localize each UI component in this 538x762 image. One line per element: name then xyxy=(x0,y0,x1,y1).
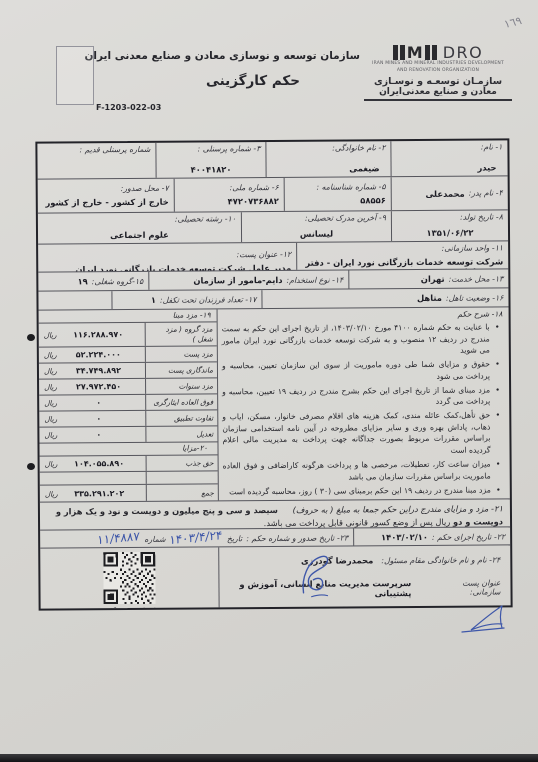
wage-row: مزد سنوات ۲۷.۹۷۲.۴۵۰ریال xyxy=(39,378,217,395)
field-value: متاهل xyxy=(417,293,442,303)
form-code: F-1203-022-03 xyxy=(96,103,161,112)
decree-bullet: •مزد مبنا مندرج در ردیف ۱۹ این حکم برمبن… xyxy=(223,484,504,498)
decree-bullet-text: میزان ساعت کار، تعطیلات، مرخصی ها و پردا… xyxy=(223,459,491,484)
hole-punch xyxy=(27,463,35,470)
amount-in-words-suffix: ریال پس از وضع کسور قانونی قابل پرداخت م… xyxy=(264,517,451,528)
wage-amount: ۰ xyxy=(57,414,140,424)
field-value: ۴۷۲۰۷۳۶۸۸۲ xyxy=(228,196,279,206)
field-children-count: ۱۷- تعداد فرزندان تحت تکفل: ۱ xyxy=(111,290,261,309)
wage-label: مزد سنوات xyxy=(145,378,217,394)
field-label: ۱۲- عنوان پست: xyxy=(237,250,292,259)
signatory-post-label: عنوان پست سازمانی: xyxy=(439,578,500,596)
wage-label: مزد گروه ( مزد شغل ) xyxy=(145,322,217,346)
field-execution-date: ۲۲- تاریخ اجرای حکم : ۱۴۰۳/۰۲/۱۰ xyxy=(353,527,510,546)
decree-description: ۱۸- شرح حکم •با عنایت به حکم شماره ۴۱۰۰ … xyxy=(217,307,510,502)
field-label: ۳- شماره پرسنلی : xyxy=(161,144,260,154)
field-label: ۱۳- محل خدمت: xyxy=(449,274,504,283)
decree-form-table: ۱- نام: حیدر ۲- نام خانوادگی: ضیغمی ۳- ش… xyxy=(35,138,512,610)
currency-label: ریال xyxy=(44,351,57,360)
issue-date-word: تاریخ xyxy=(227,534,243,543)
qr-code xyxy=(103,552,155,604)
decree-bullet: •حقوق و مزایای شما طی دوره ماموریت از سو… xyxy=(222,359,503,384)
organization-title: سازمان توسعه و نوسازی معادن و صنایع معدن… xyxy=(146,50,360,62)
field-job-group: ۱۵-گروه شغلی: ۱۹ xyxy=(38,272,148,291)
scanned-personnel-decree: ١٦٩ MDRO IRAN MINES AND MINERAL INDUSTRI… xyxy=(0,0,538,762)
handwritten-page-number: ١٦٩ xyxy=(503,14,523,31)
table-row: ۸- تاریخ تولد: ۱۳۵۱/۰۶/۲۲ ۹- آخرین مدرک … xyxy=(38,210,508,244)
bullet-dot-icon: • xyxy=(493,484,504,496)
signature-row: ۲۴- نام و نام خانوادگی مقام مسئول: محمدر… xyxy=(40,545,510,608)
field-value: ۱ xyxy=(151,295,156,305)
imidro-logo: MDRO IRAN MINES AND MINERAL INDUSTRIES D… xyxy=(364,42,512,101)
field-label: ۱- نام: xyxy=(396,142,502,152)
wage-row: ماندگاری پست ۳۴.۷۴۹.۸۹۲ریال xyxy=(39,362,217,379)
field-label: ۱۵-گروه شغلی: xyxy=(92,276,144,285)
decree-bullet: •با عنایت به حکم شماره ۴۱۰۰ مورخ ۱۴۰۳/۰۲… xyxy=(222,321,503,358)
wage-amount: ۱۰۴.۰۵۵.۸۹۰ xyxy=(57,459,140,469)
document-titles: سازمان توسعه و نوسازی معادن و صنایع معدن… xyxy=(146,50,360,89)
wage-amount: ۱۱۶.۲۸۸.۹۷۰ xyxy=(57,330,140,340)
field-label: شماره پرسنلی قدیم : xyxy=(42,145,150,155)
field-label: ۷- محل صدور: xyxy=(121,184,169,193)
currency-label: ریال xyxy=(44,399,57,408)
table-row: ۱- نام: حیدر ۲- نام خانوادگی: ضیغمی ۳- ش… xyxy=(37,140,507,179)
base-wage-heading: ۱۹- مزد مبنا xyxy=(39,309,217,323)
logo-bar-icon xyxy=(393,45,398,60)
wage-total-label: جمع xyxy=(146,484,218,502)
field-value: دایم-مامور از سازمان xyxy=(193,275,282,286)
bullet-dot-icon: • xyxy=(492,359,503,382)
wage-amount: ۳۴.۷۴۹.۸۹۲ xyxy=(57,366,140,376)
table-row: ۱۸- شرح حکم •با عنایت به حکم شماره ۴۱۰۰ … xyxy=(39,307,510,502)
logo-letters-dro: DRO xyxy=(443,45,484,60)
field-employment-type: ۱۴- نوع استخدام: دایم-مامور از سازمان xyxy=(148,270,348,289)
signature-scribble xyxy=(291,549,337,601)
field-degree: ۹- آخرین مدرک تحصیلی: لیسانس xyxy=(241,211,391,242)
amount-in-words-row: ۲۱- مزد و مزایای مندرج دراین حکم جمعا به… xyxy=(40,499,510,530)
signatory-name-label: ۲۴- نام و نام خانوادگی مقام مسئول: xyxy=(381,555,500,565)
field-label: ۱۶- وضعیت تاهل: xyxy=(446,293,504,302)
currency-label: ریال xyxy=(44,431,57,440)
handwritten-issue-number: ۱۱/۴۸۸۷ xyxy=(97,529,140,547)
field-value: ۱۳۵۱/۰۶/۲۲ xyxy=(397,227,503,239)
wage-total-row: جمع ۳۳۵.۲۹۱.۲۰۲ریال xyxy=(40,484,218,502)
field-label: ۹- آخرین مدرک تحصیلی: xyxy=(247,213,386,223)
field-value: تهران xyxy=(421,274,445,284)
field-label: ۴- نام پدر: xyxy=(469,188,503,197)
archive-copy-block: [ ه ] نسخه بایگانی xyxy=(40,547,218,608)
field-value: ضیغمی xyxy=(272,163,386,175)
wage-amount: ۰ xyxy=(57,398,140,408)
base-wage-table: ۱۹- مزد مبنا مزد گروه ( مزد شغل ) ۱۱۶.۲۸… xyxy=(39,309,218,502)
wage-total-amount: ۳۳۵.۲۹۱.۲۰۲ xyxy=(58,489,141,499)
decree-bullet-text: مزد مبنای شما از تاریخ اجرای این حکم بشر… xyxy=(222,384,490,409)
field-value: خارج از کشور - خارج از کشور xyxy=(45,197,168,208)
photo-box xyxy=(56,46,94,105)
signatory-block: ۲۴- نام و نام خانوادگی مقام مسئول: محمدر… xyxy=(218,545,510,608)
logo-letter-m: M xyxy=(407,45,423,60)
wage-amount: ۰ xyxy=(57,430,140,440)
logo-english-line: AND RENOVATION ORGANIZATION xyxy=(364,68,512,74)
wage-label: مزد پست xyxy=(145,346,217,362)
logo-bar-icon xyxy=(432,45,437,60)
decree-bullet-text: با عنایت به حکم شماره ۴۱۰۰ مورخ ۱۴۰۳/۰۲/… xyxy=(222,321,490,358)
logo-english-line: IRAN MINES AND MINERAL INDUSTRIES DEVELO… xyxy=(364,61,512,67)
wage-label: تعدیل xyxy=(145,426,217,442)
logo-bar-icon xyxy=(400,45,405,60)
currency-label: ریال xyxy=(44,383,57,392)
hole-punch xyxy=(27,334,35,341)
wage-row: مزد گروه ( مزد شغل ) ۱۱۶.۲۸۸.۹۷۰ریال xyxy=(39,322,217,347)
wage-amount: ۵۲.۲۲۴.۰۰۰ xyxy=(57,350,140,360)
field-label: ۱۴- نوع استخدام: xyxy=(286,275,343,284)
amount-in-words-label: ۲۱- مزد و مزایای مندرج دراین حکم جمعا به… xyxy=(293,503,503,514)
decree-bullet: •مزد مبنای شما از تاریخ اجرای این حکم بش… xyxy=(222,384,503,409)
benefits-heading: ۲۰-مزایا xyxy=(39,442,217,456)
currency-label: ریال xyxy=(45,490,58,499)
decree-bullet: •میزان ساعت کار، تعطیلات، مرخصی ها و پرد… xyxy=(223,458,504,483)
imidro-wordmark: MDRO xyxy=(364,42,512,60)
wage-label: تفاوت تطبیق xyxy=(145,410,217,426)
logo-persian-line: معادن و صنایع معدنی‌ایران xyxy=(364,87,512,97)
bullet-dot-icon: • xyxy=(493,458,504,481)
wage-row: فوق العاده ایثارگری ۰ریال xyxy=(39,394,217,411)
field-surname: ۲- نام خانوادگی: ضیغمی xyxy=(265,141,390,177)
empty-cell xyxy=(38,291,111,310)
field-major: ۱۰- رشته تحصیلی: علوم اجتماعی xyxy=(38,212,241,243)
wage-row: مزد پست ۵۲.۲۲۴.۰۰۰ریال xyxy=(39,346,217,363)
archive-copy-label: [ ه ] نسخه بایگانی xyxy=(103,607,156,609)
currency-label: ریال xyxy=(44,367,57,376)
bullet-dot-icon: • xyxy=(492,384,503,407)
field-service-place: ۱۳- محل خدمت: تهران xyxy=(348,269,508,288)
field-value: لیسانس xyxy=(247,228,386,240)
currency-label: ریال xyxy=(45,460,58,469)
field-value: ۵۸۵۵۶ xyxy=(360,195,386,205)
field-label: ۸- تاریخ تولد: xyxy=(397,212,503,222)
wage-row-empty xyxy=(40,471,218,485)
wage-row: حق جذب ۱۰۴.۰۵۵.۸۹۰ریال xyxy=(40,455,218,472)
field-post-title: ۱۲- عنوان پست: مدیر عامل شرکت توسعه خدما… xyxy=(38,243,296,273)
field-label: ۲۳- تاریخ صدور و شماره حکم : xyxy=(246,533,348,543)
logo-persian-line: سازمـان توسعـه و نوسـازی xyxy=(364,76,512,87)
field-label: ۶- شماره ملی: xyxy=(230,183,279,192)
decree-bullet-text: مزد مبنا مندرج در ردیف ۱۹ این حکم برمبنا… xyxy=(223,484,491,498)
field-father-name: ۴- نام پدر: محمدعلی xyxy=(391,176,508,210)
field-value: ۴۰۰۴۱۸۲۰ xyxy=(162,164,261,176)
field-value: ۱۹ xyxy=(78,276,88,286)
currency-label: ریال xyxy=(44,331,57,340)
field-issue-place: ۷- محل صدور: خارج از کشور - خارج از کشور xyxy=(38,179,174,213)
currency-label: ریال xyxy=(44,415,57,424)
field-birth-certificate-number: ۵- شماره شناسنامه : ۵۸۵۵۶ xyxy=(284,177,391,211)
wage-amount: ۲۷.۹۷۲.۴۵۰ xyxy=(57,382,140,392)
wage-row: تفاوت تطبیق ۰ریال xyxy=(39,410,217,427)
bullet-dot-icon: • xyxy=(492,410,503,456)
issue-number-word: شماره xyxy=(144,534,165,543)
scan-edge xyxy=(0,754,538,762)
wage-label: فوق العاده ایثارگری xyxy=(145,394,217,410)
field-value: ۱۴۰۳/۰۲/۱۰ xyxy=(381,532,428,542)
field-label: ۱۰- رشته تحصیلی: xyxy=(43,214,236,224)
handwritten-checkmark xyxy=(458,601,512,637)
field-label: ۱۱- واحد سازمانی: xyxy=(442,243,504,252)
field-label: ۲۲- تاریخ اجرای حکم : xyxy=(432,532,505,542)
table-row: ۴- نام پدر: محمدعلی ۵- شماره شناسنامه : … xyxy=(38,176,508,213)
bullet-dot-icon: • xyxy=(492,321,503,356)
field-label: ۵- شماره شناسنامه : xyxy=(316,182,385,191)
field-old-personnel-number: شماره پرسنلی قدیم : xyxy=(37,143,155,179)
decree-heading: ۱۸- شرح حکم xyxy=(222,309,503,320)
page-title: حکم کارگزینی xyxy=(146,73,360,89)
wage-row: تعدیل ۰ریال xyxy=(39,426,217,443)
logo-bar-icon xyxy=(425,45,430,60)
field-org-unit: ۱۱- واحد سازمانی: شرکت توسعه خدمات بازرگ… xyxy=(296,241,508,272)
field-personnel-number: ۳- شماره پرسنلی : ۴۰۰۴۱۸۲۰ xyxy=(155,142,265,178)
field-issue-date-and-number: ۲۳- تاریخ صدور و شماره حکم : تاریخ ۱۴۰۳/… xyxy=(40,528,353,548)
handwritten-issue-date: ۱۴۰۳/۴/۲۴ xyxy=(169,528,223,547)
field-national-id: ۶- شماره ملی: ۴۷۲۰۷۳۶۸۸۲ xyxy=(174,178,284,212)
field-birth-date: ۸- تاریخ تولد: ۱۳۵۱/۰۶/۲۲ xyxy=(391,210,508,241)
field-value: حیدر xyxy=(397,162,503,174)
field-value: محمدعلی xyxy=(425,188,464,198)
table-row: ۱۱- واحد سازمانی: شرکت توسعه خدمات بازرگ… xyxy=(38,241,508,272)
field-value: علوم اجتماعی xyxy=(43,229,236,241)
field-first-name: ۱- نام: حیدر xyxy=(390,140,507,176)
decree-bullet-text: حق تأهل،کمک عائله مندی، کمک هزینه های اق… xyxy=(222,410,490,458)
decree-bullet-text: حقوق و مزایای شما طی دوره ماموریت از سوی… xyxy=(222,359,490,384)
wage-label: حق جذب xyxy=(146,455,218,471)
field-label: ۱۷- تعداد فرزندان تحت تکفل: xyxy=(160,295,257,305)
decree-bullet: •حق تأهل،کمک عائله مندی، کمک هزینه های ا… xyxy=(222,410,503,458)
logo-underline xyxy=(364,99,512,101)
field-marital-status: ۱۶- وضعیت تاهل: متاهل xyxy=(261,288,508,308)
wage-label: ماندگاری پست xyxy=(145,362,217,378)
field-label: ۲- نام خانوادگی: xyxy=(271,143,385,153)
